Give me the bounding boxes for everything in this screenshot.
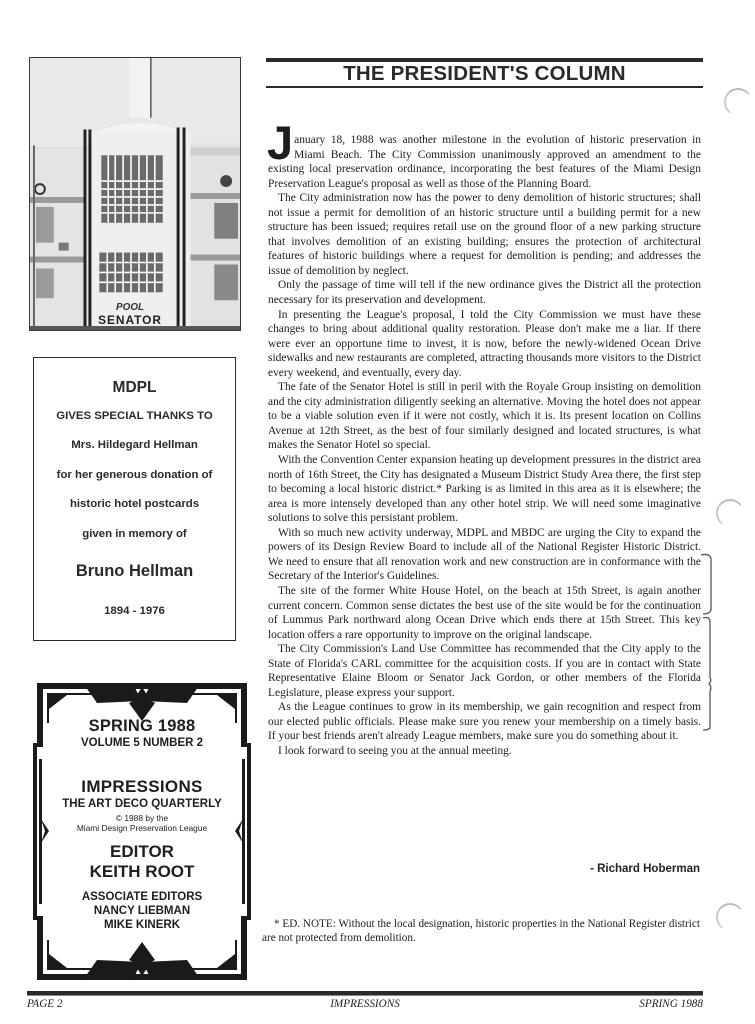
senator-hotel-photo: POOL SENATOR [29, 57, 241, 331]
article-paragraph: The fate of the Senator Hotel is still i… [268, 380, 701, 453]
article-paragraph: With the Convention Center expansion hea… [268, 453, 701, 526]
thanks-line: for her generous donation of [34, 470, 235, 481]
masthead: SPRING 1988 VOLUME 5 NUMBER 2 IMPRESSION… [33, 679, 251, 984]
article-paragraph: The City administration now has the powe… [268, 191, 701, 278]
honoree-years: 1894 - 1976 [34, 605, 235, 617]
article-paragraph: With so much new activity underway, MDPL… [268, 526, 701, 584]
drop-cap: J [267, 126, 293, 160]
column-title: THE PRESIDENT'S COLUMN [266, 62, 703, 86]
issue-season: SPRING 1988 [33, 717, 251, 736]
signature: - Richard Hoberman [500, 863, 700, 875]
header-rule-bottom [266, 86, 703, 88]
article-paragraph: The site of the former White House Hotel… [268, 584, 701, 642]
copyright-line: © 1988 by the [33, 813, 251, 823]
associate-editor: MIKE KINERK [33, 919, 251, 931]
article-paragraph: As the League continues to grow in its m… [268, 700, 701, 744]
thanks-line: given in memory of [34, 529, 235, 540]
binder-hole-icon [716, 903, 744, 931]
article-paragraph: Only the passage of time will tell if th… [268, 278, 701, 307]
associate-editors-label: ASSOCIATE EDITORS [33, 891, 251, 903]
margin-bracket-icon [700, 552, 716, 732]
footer-publication: IMPRESSIONS [27, 998, 703, 1010]
article-paragraph: I look forward to seeing you at the annu… [268, 744, 701, 759]
article-paragraph: The City Commission's Land Use Committee… [268, 642, 701, 700]
editor-label: EDITOR [33, 842, 251, 862]
publication-title: IMPRESSIONS [33, 777, 251, 797]
binder-hole-icon [716, 499, 744, 527]
thanks-line: GIVES SPECIAL THANKS TO [34, 411, 235, 422]
article-paragraph: January 18, 1988 was another milestone i… [268, 126, 701, 191]
page-footer: PAGE 2 IMPRESSIONS SPRING 1988 [27, 998, 703, 1014]
column-header: THE PRESIDENT'S COLUMN [266, 58, 703, 88]
associate-editor: NANCY LIEBMAN [33, 905, 251, 917]
thanks-line: historic hotel postcards [34, 499, 235, 510]
thanks-org: MDPL [34, 379, 235, 397]
svg-text:SENATOR: SENATOR [98, 313, 162, 327]
honoree-name: Bruno Hellman [34, 562, 235, 581]
binder-hole-icon [724, 88, 752, 116]
editor-name: KEITH ROOT [33, 862, 251, 882]
editor-footnote: * ED. NOTE: Without the local designatio… [262, 917, 702, 945]
copyright-org: Miami Design Preservation League [33, 823, 251, 833]
publication-subtitle: THE ART DECO QUARTERLY [33, 798, 251, 810]
footer-issue: SPRING 1988 [639, 998, 703, 1010]
svg-text:POOL: POOL [116, 302, 144, 313]
issue-volume: VOLUME 5 NUMBER 2 [33, 737, 251, 749]
article-body: January 18, 1988 was another milestone i… [268, 126, 701, 759]
footer-rule [27, 991, 703, 996]
article-paragraph: In presenting the League's proposal, I t… [268, 308, 701, 381]
thanks-box: MDPL GIVES SPECIAL THANKS TO Mrs. Hildeg… [33, 357, 236, 641]
thanks-donor: Mrs. Hildegard Hellman [34, 440, 235, 451]
building-image: POOL SENATOR [30, 58, 240, 330]
